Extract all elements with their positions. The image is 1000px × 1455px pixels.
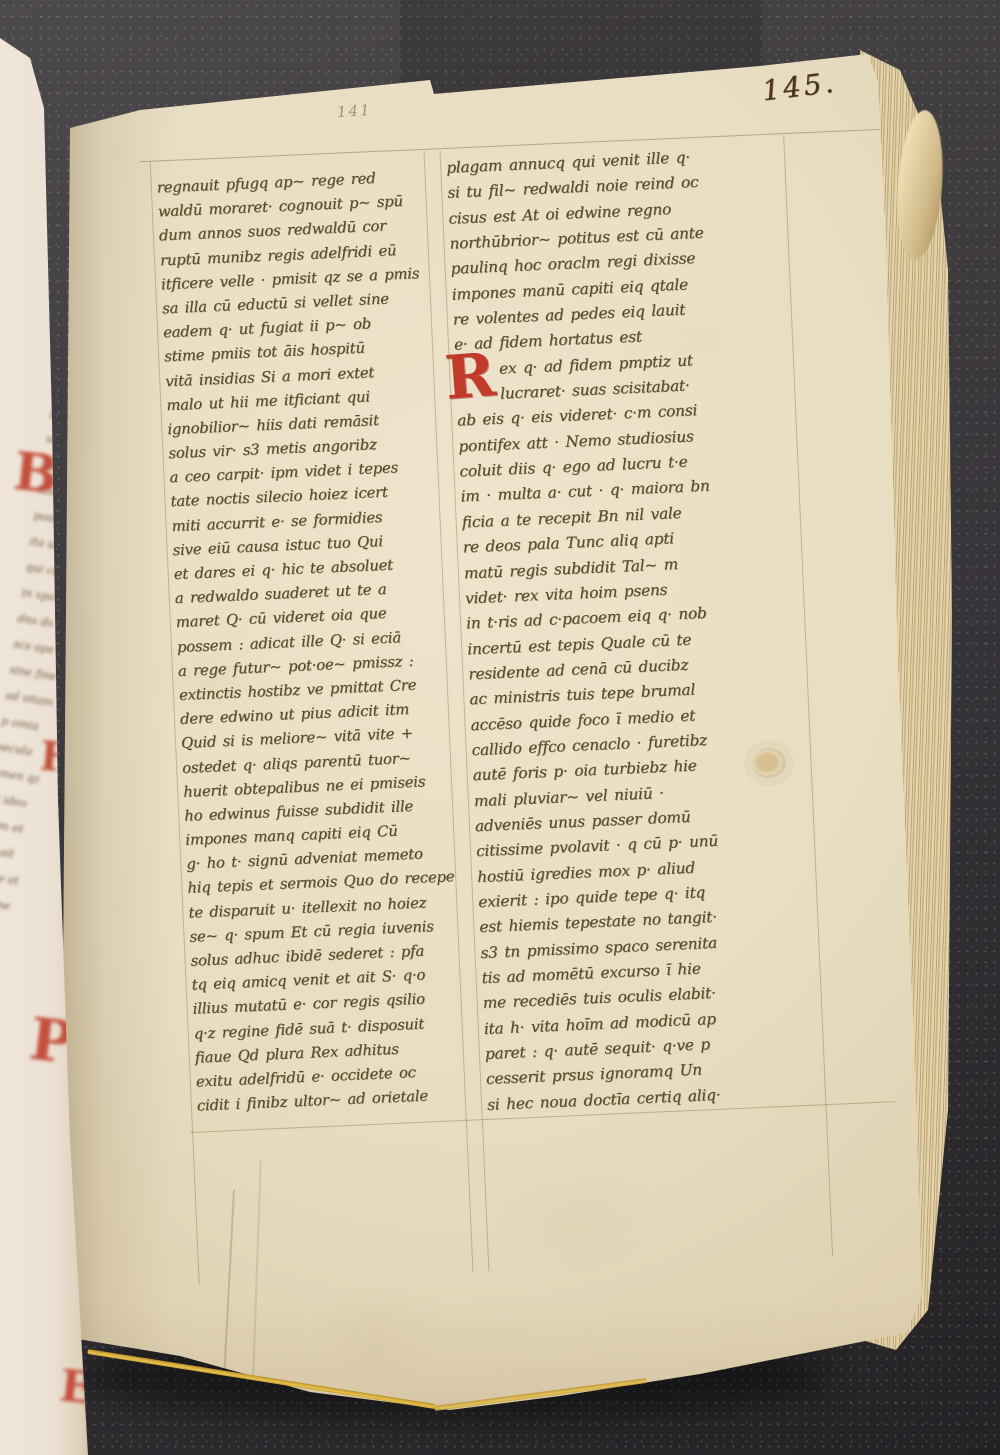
ruling-line-top — [140, 127, 917, 162]
text-line: exierit : ipo quide tepe q· itq — [478, 875, 817, 915]
text-line: tq eiq amicq venit et ait S· q·o — [191, 962, 462, 998]
text-column-left: regnauit pfugq ap~ rege redwaldū moraret… — [156, 165, 467, 1119]
text-line: illius mutatū e· cor regis qsilio — [192, 986, 463, 1022]
text-line: ho edwinus fuisse subdidit ille — [184, 793, 455, 829]
text-line: re deos pala Tunc aliq apti — [462, 521, 801, 561]
parchment-crease — [223, 1190, 234, 1380]
text-line: a rege futur~ pot·oe~ pmissz : — [177, 648, 448, 684]
text-line: Quid si is meliore~ vitā vite + — [181, 721, 452, 757]
text-line: impones manq capiti eiq Cū — [185, 817, 456, 853]
text-line: si hec noua doctīa certiq aliq· — [487, 1078, 826, 1118]
text-line: ex q· ad fidem pmptiz ut — [455, 344, 794, 384]
text-line: solus adhuc ibidē sederet : pfa — [190, 938, 461, 974]
ruling-line-bottom — [190, 1101, 895, 1133]
text-line: pontifex att · Nemo studiosius — [458, 420, 797, 460]
text-line: vitā insidias Si a mori extet — [165, 358, 436, 394]
text-line: fiaue Qd plura Rex adhitus — [194, 1035, 465, 1071]
text-line: residente ad cenā cū ducibz — [468, 648, 807, 688]
text-line: re volentes ad pedes eiq lauit — [452, 293, 791, 333]
text-line: s3 tn pmissimo spaco serenita — [480, 926, 819, 966]
manuscript-page: regnauit pfugq ap~ rege redwaldū moraret… — [60, 40, 940, 1440]
text-line: waldū moraret· cognouit p~ spū — [157, 189, 428, 225]
text-line: videt· rex vita hoim psens — [465, 572, 804, 612]
parchment-crease — [252, 1160, 261, 1375]
text-line: lucraret· suas scisitabat· — [456, 369, 795, 409]
text-line: im · multa a· cut · q· maiora bn — [460, 470, 799, 510]
text-line: northūbrior~ potitus est cū ante — [449, 217, 788, 257]
text-line: g· ho t· signū adveniat memeto — [186, 841, 457, 877]
text-line: cisus est At oi edwine regno — [448, 192, 787, 232]
text-line: accēso quide foco ī medio et — [470, 698, 809, 738]
text-line: ostedet q· aliqs parentū tuor~ — [182, 745, 453, 781]
text-line: sa illa cū eductū si vellet sine — [162, 286, 433, 322]
text-line: itficere velle · pmisit qz se a pmis — [161, 261, 432, 297]
text-line: ruptū munibz regis adelfridi eū — [160, 237, 431, 273]
text-line: paret : q· autē sequit· q·ve p — [484, 1027, 823, 1067]
text-line: sive eiū causa istuc tuo Qui — [172, 527, 443, 563]
text-line: incertū est tepis Quale cū te — [467, 622, 806, 662]
text-line: impones manū capiti eiq qtale — [451, 268, 790, 308]
text-line: hiq tepis et sermois Quo do recepe — [187, 866, 458, 902]
ruling-line-vertical — [150, 163, 200, 1284]
text-line: stime pmiis tot āis hospitū — [164, 334, 435, 370]
text-line: malo ut hii me itficiant qui — [166, 382, 437, 418]
text-line: callido effco cenaclo · furetibz — [471, 723, 810, 763]
text-line: et dares ei q· hic te absoluet — [173, 551, 444, 587]
text-line: tis ad momētū excurso ī hie — [481, 951, 820, 991]
text-line: te disparuit u· itellexit no hoiez — [188, 890, 459, 926]
text-line: dum annos suos redwaldū cor — [158, 213, 429, 249]
text-line: tate noctis silecio hoiez icert — [170, 479, 441, 515]
text-line: e· ad fidem hortatus est — [453, 318, 792, 358]
text-line: extinctis hostibz ve pmittat Cre — [179, 672, 450, 708]
text-line: regnauit pfugq ap~ rege red — [156, 165, 427, 201]
text-line: huerit obtepalibus ne ei pmiseis — [183, 769, 454, 805]
text-line: mali pluviar~ vel niuiū · — [473, 774, 812, 814]
text-line: solus vir· s3 metis angoribz — [168, 431, 439, 467]
text-line: maret Q· cū videret oia que — [175, 600, 446, 636]
text-line: eadem q· ut fugiat ii p~ ob — [163, 310, 434, 346]
text-line: exitu adelfridū e· occidete oc — [195, 1059, 466, 1095]
text-line: adveniēs unus passer domū — [474, 799, 813, 839]
ruling-line-vertical — [423, 151, 473, 1272]
text-line: me recediēs tuis oculis elabit· — [482, 977, 821, 1017]
text-line: citissime pvolavit · q cū p· unū — [476, 825, 815, 865]
text-line: ignobilior~ hiis dati remāsit — [167, 406, 438, 442]
ruling-line-vertical — [439, 150, 489, 1271]
parchment-hole — [752, 748, 786, 778]
text-line: ficia a te recepit Bn nil vale — [461, 496, 800, 536]
text-line: dere edwino ut pius adicit itm — [180, 696, 451, 732]
text-line: miti accurrit e· se formidies — [171, 503, 442, 539]
text-line: cesserit prsus ignoramq Un — [486, 1053, 825, 1093]
text-line: hostiū igredies mox p· aliud — [477, 850, 816, 890]
old-folio-number: 141 — [336, 101, 372, 121]
text-line: matū regis subdidit Tal~ m — [463, 546, 802, 586]
manuscript-photo: regnauit pfugq ap~ rege redwaldū moraret… — [0, 0, 1000, 1455]
text-line: coluit diis q· ego ad lucru t·e — [459, 445, 798, 485]
text-line: ab eis q· eis videret· c·m consi — [457, 394, 796, 434]
text-line: in t·ris ad c·pacoem eiq q· nob — [466, 597, 805, 637]
text-line: a redwaldo suaderet ut te a — [174, 576, 445, 612]
text-line: plagam annucq qui venit ille q· — [446, 141, 785, 181]
text-line: cidit i finibz ultor~ ad orietale — [196, 1083, 467, 1119]
text-line: si tu fil~ redwaldi noie reind oc — [447, 166, 786, 206]
text-line: se~ q· spum Et cū regia iuvenis — [189, 914, 460, 950]
text-line: autē foris p· oia turbiebz hie — [472, 749, 811, 789]
text-line: paulinq hoc oraclm regi dixisse — [450, 242, 789, 282]
text-line: ac ministris tuis tepe brumal — [469, 673, 808, 713]
text-line: q·z regine fidē suā t· disposuit — [193, 1010, 464, 1046]
text-line: a ceo carpit· ipm videt i tepes — [169, 455, 440, 491]
text-line: ita h· vita hoīm ad modicū ap — [483, 1002, 822, 1042]
text-line: est hiemis tepestate no tangit· — [479, 901, 818, 941]
ruling-line-vertical — [783, 135, 833, 1256]
text-column-right: plagam annucq qui venit ille q·si tu fil… — [446, 141, 826, 1118]
text-block: regnauit pfugq ap~ rege redwaldū moraret… — [147, 114, 988, 1327]
text-line: possem : adicat ille Q· si eciā — [176, 624, 447, 660]
rubric-initial-r: R — [443, 345, 497, 409]
